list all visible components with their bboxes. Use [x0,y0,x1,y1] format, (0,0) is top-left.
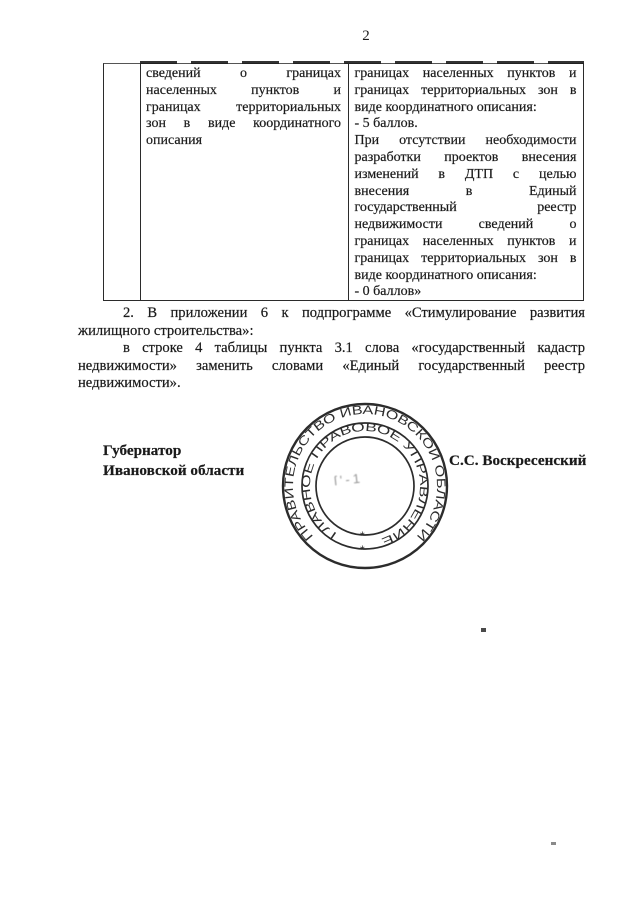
stamp-inner-ring [316,437,414,535]
table-cell-line: разработки проектов внесения [355,150,577,167]
stamp-inner-ring-text: ГЛАВНОЕ ПРАВОВОЕ УПРАВЛЕНИЕ [299,420,432,550]
table-cell-line: - 0 баллов» [355,284,577,301]
table-cell-line: изменений в ДТП с целью [355,167,577,184]
table-cell-line: границах территориальных зон в [355,251,577,268]
body-text-line: в строке 4 таблицы пункта 3.1 слова «гос… [78,340,585,358]
table-cell-scoring: границах населенных пунктов играницах те… [349,66,583,301]
table-cell-line: границах территориальных [146,100,341,117]
table-cell-line: виде координатного описания: [355,100,577,117]
stamp-star-outer: * [360,543,365,557]
signatory-title-line: Губернатор [103,441,244,461]
scan-speck [551,842,556,845]
table-cell-line: недвижимости сведений о [355,217,577,234]
body-text-line: недвижимости» заменить словами «Единый г… [78,358,585,376]
table-cell-line: виде координатного описания: [355,268,577,285]
table-cell-line: населенных пунктов и [146,83,341,100]
scan-speck [481,628,486,632]
table-cell-line: внесения в Единый [355,184,577,201]
table-cell-line: государственный реестр [355,200,577,217]
amendment-paragraphs: 2. В приложении 6 к подпрограмме «Стимул… [78,305,585,393]
table-cell-line: зон в виде координатного [146,116,341,133]
signature-block: Губернатор Ивановской области [103,441,244,481]
signatory-title-line: Ивановской области [103,461,244,481]
stamp-outer-ring-text: ПРАВИТЕЛЬСТВО ИВАНОВСКОЙ ОБЛАСТИ [282,403,448,544]
table-cell-line: сведений о границах [146,66,341,83]
body-text-line: недвижимости». [78,375,585,393]
table-cell-line: границах населенных пунктов и [355,234,577,251]
table-top-border-dashed [140,61,584,64]
body-text-line: 2. В приложении 6 к подпрограмме «Стимул… [78,305,585,323]
continuation-table: сведений о границахнаселенных пунктов иг… [103,63,584,301]
table-cell-line: описания [146,133,341,150]
table-cell-criteria: сведений о границахнаселенных пунктов иг… [140,66,347,150]
table-cell-line: При отсутствии необходимости [355,133,577,150]
official-seal-stamp: ПРАВИТЕЛЬСТВО ИВАНОВСКОЙ ОБЛАСТИ ГЛАВНОЕ… [276,398,454,576]
table-cell-line: - 5 баллов. [355,116,577,133]
table-cell-line: границах населенных пунктов и [355,66,577,83]
body-text-line: жилищного строительства»: [78,323,585,341]
table-cell-line: границах территориальных зон в [355,83,577,100]
stamp-star-inner: * [360,529,365,543]
signatory-name: С.С. Воскресенский [449,452,586,470]
document-page: 2 сведений о границахнаселенных пунктов … [0,0,640,905]
stamp-center-signature-mark: ſ'-1 [333,470,363,488]
page-number: 2 [352,28,380,45]
